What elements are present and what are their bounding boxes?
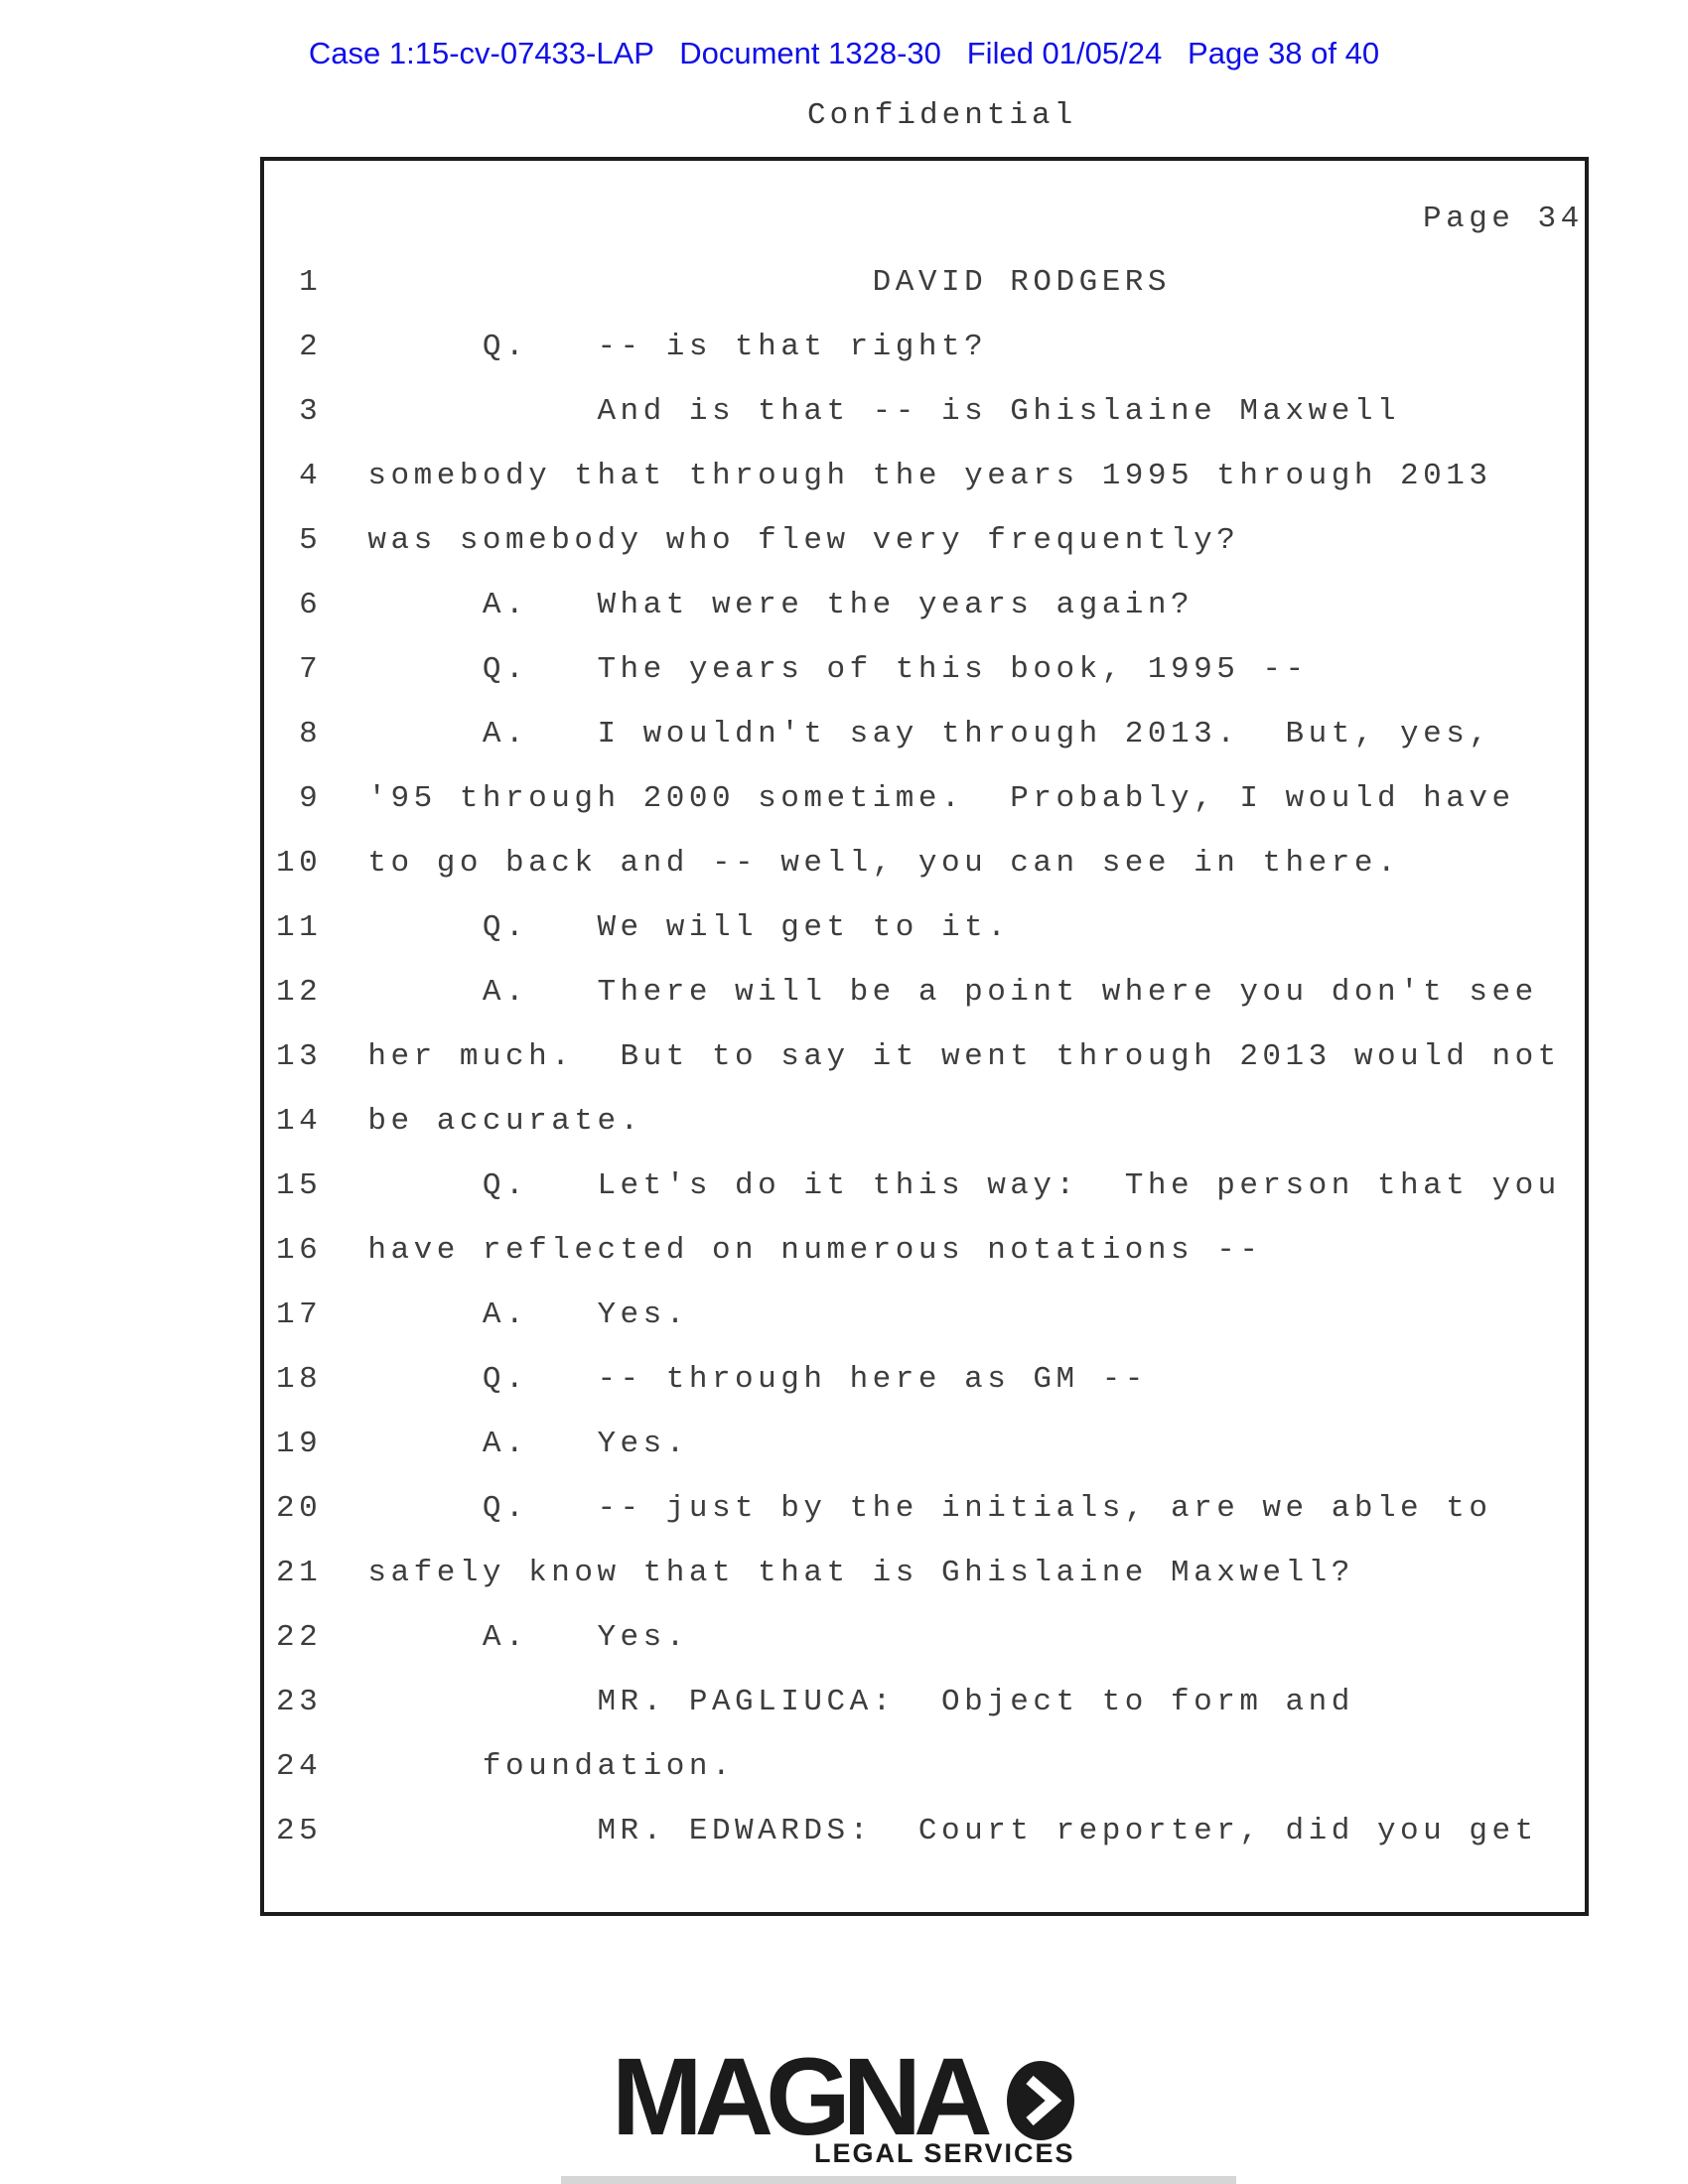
transcript-line: 25 MR. EDWARDS: Court reporter, did you … [276,1799,1561,1863]
transcript-line: 19 A. Yes. [276,1412,1561,1476]
transcript-line: 14 be accurate. [276,1089,1561,1154]
transcript-line: 6 A. What were the years again? [276,573,1561,637]
magna-logo-tagline: LEGAL SERVICES [814,2138,1075,2169]
transcript-line: 21 safely know that that is Ghislaine Ma… [276,1541,1561,1605]
transcript-line: 7 Q. The years of this book, 1995 -- [276,637,1561,702]
transcript-line: 2 Q. -- is that right? [276,315,1561,379]
transcript-page-number: Page 34 [1423,202,1584,236]
transcript-line: 18 Q. -- through here as GM -- [276,1347,1561,1412]
transcript-line: 22 A. Yes. [276,1605,1561,1670]
transcript-line: 3 And is that -- is Ghislaine Maxwell [276,379,1561,444]
transcript-line: 20 Q. -- just by the initials, are we ab… [276,1476,1561,1541]
court-filing-stamp: Case 1:15-cv-07433-LAP Document 1328-30 … [0,36,1688,71]
transcript-line: 16 have reflected on numerous notations … [276,1218,1561,1283]
footer-scan-bar [561,2176,1236,2184]
transcript-line: 9 '95 through 2000 sometime. Probably, I… [276,766,1561,831]
magna-logo-wordmark: MAGNA [612,2043,985,2152]
transcript-line: 13 her much. But to say it went through … [276,1024,1561,1089]
transcript-line: 11 Q. We will get to it. [276,895,1561,960]
transcript-line: 17 A. Yes. [276,1283,1561,1347]
transcript-line: 23 MR. PAGLIUCA: Object to form and [276,1670,1561,1734]
transcript-line: 4 somebody that through the years 1995 t… [276,444,1561,508]
chevron-right-icon [1007,2061,1074,2140]
transcript-line: 15 Q. Let's do it this way: The person t… [276,1154,1561,1218]
transcript-line: 1 DAVID RODGERS [276,250,1561,315]
transcript-line: 10 to go back and -- well, you can see i… [276,831,1561,895]
transcript-line: 12 A. There will be a point where you do… [276,960,1561,1024]
confidential-label: Confidential [807,98,1076,133]
transcript-line: 5 was somebody who flew very frequently? [276,508,1561,573]
transcript-lines: 1 DAVID RODGERS 2 Q. -- is that right? 3… [276,250,1561,1863]
transcript-line: 24 foundation. [276,1734,1561,1799]
transcript-line: 8 A. I wouldn't say through 2013. But, y… [276,702,1561,766]
